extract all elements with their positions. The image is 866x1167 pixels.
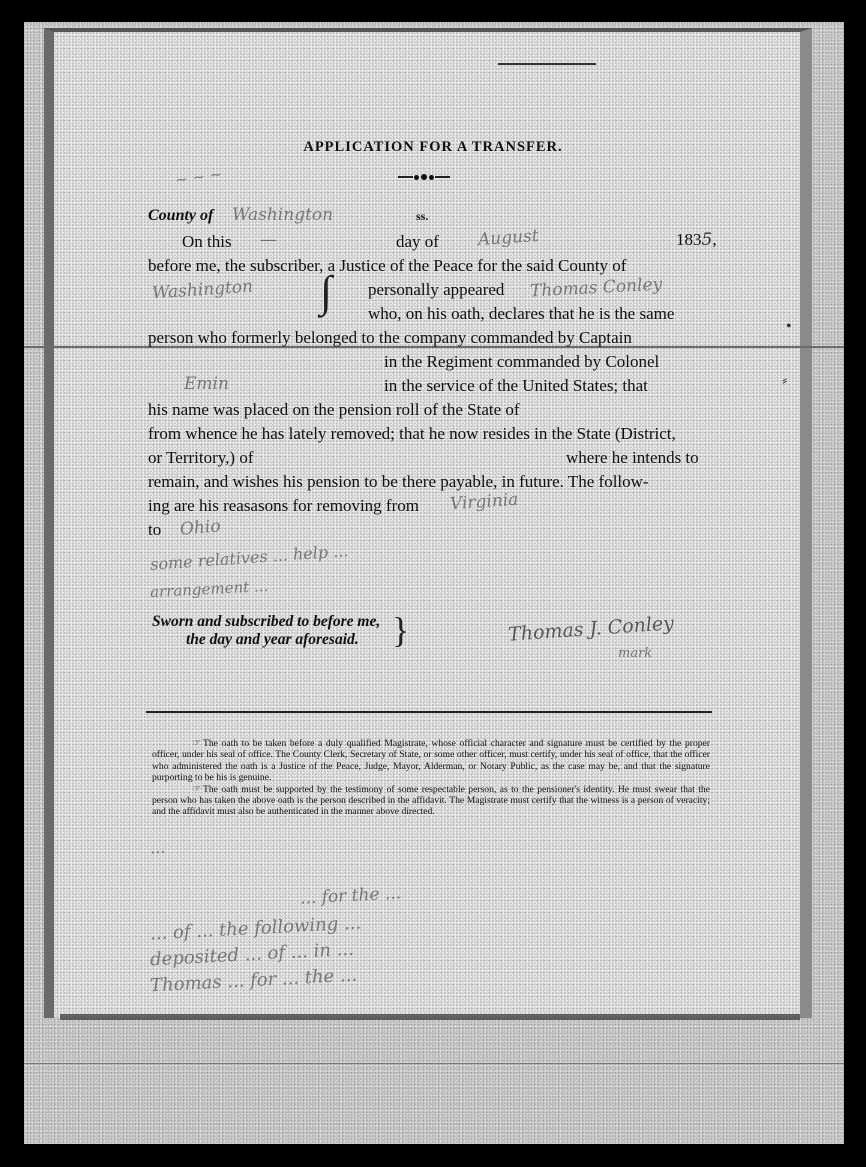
brace-mark: ∫ <box>320 272 332 312</box>
text-line-regiment: in the Regiment commanded by Colonel <box>384 352 708 372</box>
year-label: 1835, <box>676 230 717 250</box>
handwritten-reasons-line-2: arrangement ... <box>150 577 269 601</box>
day-of-label: day of <box>396 232 439 252</box>
ornament-divider <box>398 172 450 182</box>
handwritten-day: — <box>260 230 277 250</box>
handwritten-name: Thomas Conley <box>530 275 663 302</box>
handwritten-reasons-line-1: some relatives ... help ... <box>150 541 349 574</box>
text-line-before-me: before me, the subscriber, a Justice of … <box>148 256 708 276</box>
text-line-person-who: person who formerly belonged to the comp… <box>148 328 708 348</box>
margin-dot: • <box>786 318 792 336</box>
sworn-brace: } <box>392 612 409 648</box>
handwritten-to-state: Ohio <box>179 516 221 539</box>
text-line-reasons: ing are his reasasons for removing from <box>148 496 419 516</box>
text-line-personally-appeared: personally appeared <box>368 280 504 300</box>
handwritten-colonel: Emin <box>184 374 229 394</box>
note-1: ☞The oath to be taken before a duly qual… <box>152 738 710 784</box>
handwritten-county-2: Washington <box>151 276 253 303</box>
text-line-intends: where he intends to <box>566 448 699 468</box>
margin-mark: ⸗ <box>782 372 787 390</box>
text-line-from-whence: from whence he has lately removed; that … <box>148 424 710 444</box>
handwritten-from-state: Virginia <box>449 490 519 515</box>
county-label: County of <box>148 206 213 226</box>
section-divider <box>146 711 712 713</box>
text-line-territory: or Territory,) of <box>148 448 254 468</box>
bottom-handwriting-1: ... <box>150 838 166 858</box>
text-line-who-on-oath: who, on his oath, declares that he is th… <box>368 304 708 324</box>
on-this-label: On this <box>182 232 232 252</box>
document-title: APPLICATION FOR A TRANSFER. <box>0 139 866 156</box>
text-line-pension-roll: his name was placed on the pension roll … <box>148 400 520 420</box>
ss-label: ss. <box>416 206 428 226</box>
bottom-handwriting-5: Thomas ... for ... the ... <box>150 965 358 997</box>
handwriting-faint: ~ ~ ~ <box>174 165 223 189</box>
text-line-service: in the service of the United States; tha… <box>384 376 708 396</box>
pointing-hand-icon: ☞ <box>172 784 201 795</box>
sworn-line-2: the day and year aforesaid. <box>186 630 359 650</box>
document-content: APPLICATION FOR A TRANSFER. ~ ~ ~ County… <box>0 0 866 1167</box>
sworn-line-1: Sworn and subscribed to before me, <box>152 612 380 632</box>
bottom-handwriting-2: ... for the ... <box>300 883 402 908</box>
handwritten-county: Washington <box>232 205 333 225</box>
instruction-notes: ☞The oath to be taken before a duly qual… <box>152 738 710 818</box>
text-line-remain: remain, and wishes his pension to be the… <box>148 472 710 492</box>
note-2: ☞The oath must be supported by the testi… <box>152 784 710 818</box>
text-line-to: to <box>148 520 161 540</box>
handwritten-month: August <box>477 226 539 250</box>
signature-mark: mark <box>618 646 652 661</box>
pointing-hand-icon: ☞ <box>172 738 201 749</box>
signature: Thomas J. Conley <box>507 612 674 646</box>
